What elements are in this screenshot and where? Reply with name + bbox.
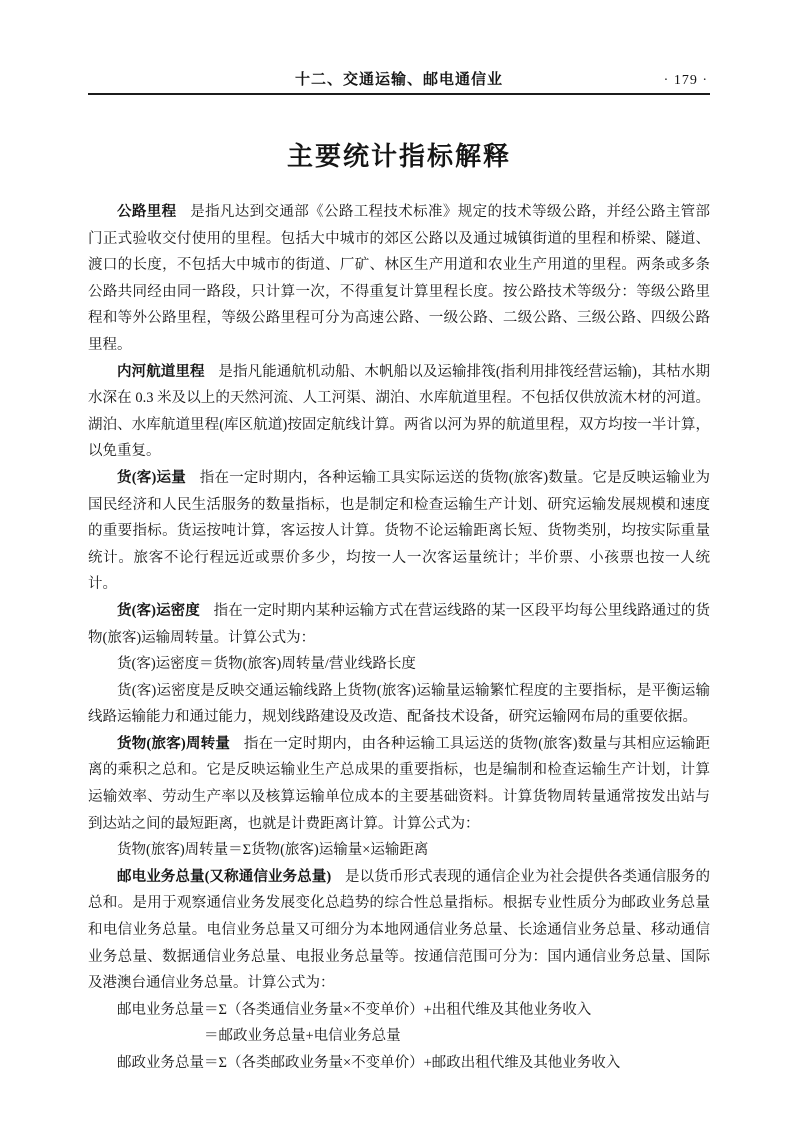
entry-inland-waterway-mileage: 内河航道里程是指凡能通航机动船、木帆船以及运输排筏(指利用排筏经营运输)，其枯水…: [88, 359, 710, 465]
term-definition: 指在一定时期内，各种运输工具实际运送的货物(旅客)数量。它是反映运输业为国民经济…: [88, 470, 710, 592]
term-definition: 是指凡达到交通部《公路工程技术标准》规定的技术等级公路，并经公路主管部门正式验收…: [88, 204, 710, 353]
document-page: 十二、交通运输、邮电通信业 · 179 · 主要统计指标解释 公路里程是指凡达到…: [0, 0, 793, 1122]
definitions-body: 公路里程是指凡达到交通部《公路工程技术标准》规定的技术等级公路，并经公路主管部门…: [88, 199, 710, 1077]
traffic-density-note: 货(客)运密度是反映交通运输线路上货物(旅客)运输量运输繁忙程度的主要指标，是平…: [88, 678, 710, 731]
turnover-volume-formula: 货物(旅客)周转量＝Σ货物(旅客)运输量×运输距离: [88, 837, 710, 864]
term-label: 内河航道里程: [117, 364, 205, 380]
post-telecom-volume-formula: 邮电业务总量＝Σ（各类通信业务量×不变单价）+出租代维及其他业务收入: [88, 997, 710, 1024]
postal-volume-formula: 邮政业务总量＝Σ（各类邮政业务量×不变单价）+邮政出租代维及其他业务收入: [88, 1050, 710, 1077]
term-label: 货(客)运量: [117, 470, 186, 486]
page-header: 十二、交通运输、邮电通信业 · 179 ·: [88, 70, 710, 95]
entry-highway-mileage: 公路里程是指凡达到交通部《公路工程技术标准》规定的技术等级公路，并经公路主管部门…: [88, 199, 710, 359]
entry-turnover-volume: 货物(旅客)周转量指在一定时期内，由各种运输工具运送的货物(旅客)数量与其相应运…: [88, 731, 710, 837]
page-number: · 179 ·: [664, 72, 708, 90]
traffic-density-formula: 货(客)运密度＝货物(旅客)周转量/营业线路长度: [88, 651, 710, 678]
entry-freight-passenger-volume: 货(客)运量指在一定时期内，各种运输工具实际运送的货物(旅客)数量。它是反映运输…: [88, 465, 710, 598]
entry-traffic-density: 货(客)运密度指在一定时期内某种运输方式在营运线路的某一区段平均每公里线路通过的…: [88, 598, 710, 651]
term-definition: 是以货币形式表现的通信企业为社会提供各类通信服务的总和。是用于观察通信业务发展变…: [88, 869, 710, 991]
term-label: 货(客)运密度: [117, 603, 200, 619]
term-label: 货物(旅客)周转量: [117, 736, 230, 752]
page-title: 主要统计指标解释: [88, 136, 710, 173]
term-label: 公路里程: [117, 204, 176, 220]
entry-post-telecom-volume: 邮电业务总量(又称通信业务总量)是以货币形式表现的通信企业为社会提供各类通信服务…: [88, 864, 710, 997]
post-telecom-volume-formula-continuation: ＝邮政业务总量+电信业务总量: [88, 1023, 710, 1050]
term-label: 邮电业务总量(又称通信业务总量): [117, 869, 331, 885]
section-title: 十二、交通运输、邮电通信业: [88, 70, 710, 90]
